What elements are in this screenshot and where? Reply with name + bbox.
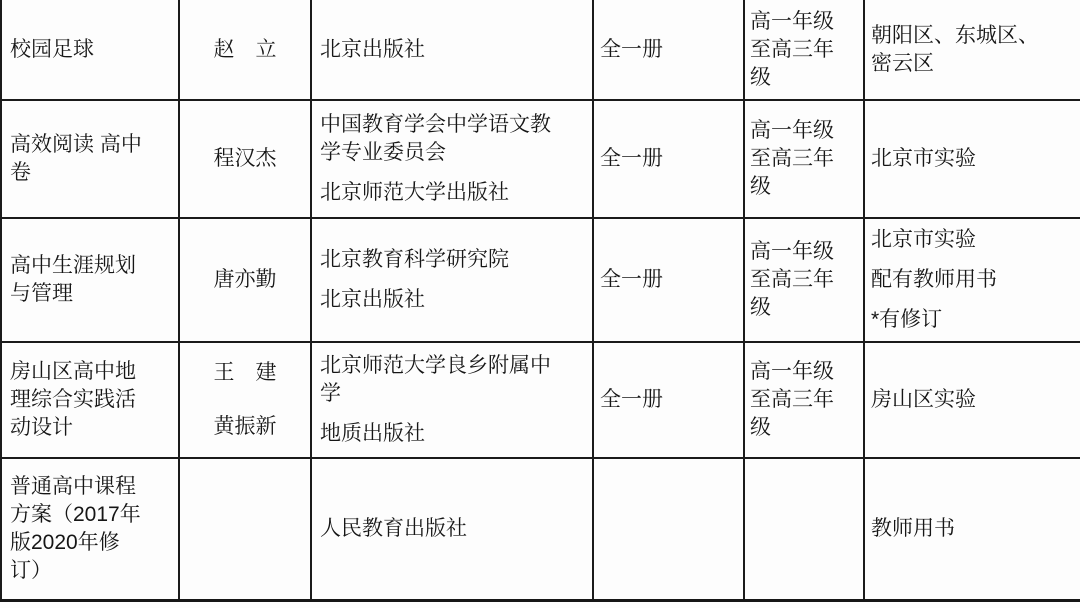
- paragraph: 黄振新: [188, 413, 302, 441]
- cell-author: 程汉杰: [179, 100, 311, 218]
- grade-range-text: 高一年级 至高三年 级: [750, 238, 860, 322]
- paragraph: 北京师范大学出版社: [320, 179, 584, 207]
- author-text: 程汉杰: [188, 145, 302, 173]
- table-row: 普通高中课程 方案（2017年 版2020年修 订） 人民教育出版社 教师用书: [1, 458, 1080, 600]
- table-row: 高效阅读 高中 卷 程汉杰 中国教育学会中学语文教 学专业委员会北京师范大学出版…: [1, 100, 1080, 218]
- cell-book-title: 校园足球: [1, 0, 179, 100]
- publisher-text: 北京出版社: [320, 36, 584, 64]
- paragraph: 北京出版社: [320, 286, 584, 314]
- textbook-table: 校园足球 赵 立 北京出版社 全一册 高一年级 至高三年 级 朝阳区、东城区、 …: [0, 0, 1080, 602]
- paragraph: 配有教师用书: [871, 266, 1076, 294]
- paragraph: 北京市实验: [871, 226, 1076, 254]
- table-row: 房山区高中地 理综合实践活 动设计 王 建黄振新 北京师范大学良乡附属中 学地质…: [1, 342, 1080, 458]
- cell-author: 赵 立: [179, 0, 311, 100]
- publisher-text: 北京教育科学研究院北京出版社: [320, 246, 584, 314]
- cell-book-title: 普通高中课程 方案（2017年 版2020年修 订）: [1, 458, 179, 600]
- table-row: 校园足球 赵 立 北京出版社 全一册 高一年级 至高三年 级 朝阳区、东城区、 …: [1, 0, 1080, 100]
- volume-text: 全一册: [600, 36, 735, 64]
- paragraph: 唐亦勤: [188, 266, 302, 294]
- table-row: 高中生涯规划 与管理 唐亦勤 北京教育科学研究院北京出版社 全一册 高一年级 至…: [1, 218, 1080, 342]
- region-text: 朝阳区、东城区、 密云区: [871, 22, 1076, 78]
- publisher-text: 人民教育出版社: [320, 515, 584, 543]
- cell-book-title: 高效阅读 高中 卷: [1, 100, 179, 218]
- cell-grade-range: 高一年级 至高三年 级: [744, 342, 864, 458]
- paragraph: 房山区实验: [871, 386, 1076, 414]
- region-text: 北京市实验配有教师用书*有修订: [871, 226, 1076, 334]
- publisher-text: 北京师范大学良乡附属中 学地质出版社: [320, 352, 584, 448]
- cell-region: 房山区实验: [864, 342, 1080, 458]
- publisher-text: 中国教育学会中学语文教 学专业委员会北京师范大学出版社: [320, 111, 584, 207]
- cell-region: 朝阳区、东城区、 密云区: [864, 0, 1080, 100]
- book-title-text: 高效阅读 高中 卷: [10, 131, 170, 187]
- cell-grade-range: 高一年级 至高三年 级: [744, 100, 864, 218]
- paragraph: 朝阳区、东城区、 密云区: [871, 22, 1076, 78]
- paragraph: 人民教育出版社: [320, 515, 584, 543]
- cell-publisher: 中国教育学会中学语文教 学专业委员会北京师范大学出版社: [311, 100, 593, 218]
- cell-publisher: 北京师范大学良乡附属中 学地质出版社: [311, 342, 593, 458]
- cell-region: 北京市实验配有教师用书*有修订: [864, 218, 1080, 342]
- cell-grade-range: 高一年级 至高三年 级: [744, 218, 864, 342]
- cell-grade-range: 高一年级 至高三年 级: [744, 0, 864, 100]
- cell-author: 王 建黄振新: [179, 342, 311, 458]
- cell-author: [179, 458, 311, 600]
- cell-region: 北京市实验: [864, 100, 1080, 218]
- paragraph: 赵 立: [188, 36, 302, 64]
- grade-range-text: 高一年级 至高三年 级: [750, 358, 860, 442]
- cell-publisher: 北京出版社: [311, 0, 593, 100]
- book-title-text: 房山区高中地 理综合实践活 动设计: [10, 358, 170, 442]
- book-title-text: 高中生涯规划 与管理: [10, 252, 170, 308]
- cell-volume: 全一册: [593, 100, 744, 218]
- cell-volume: 全一册: [593, 342, 744, 458]
- cell-publisher: 人民教育出版社: [311, 458, 593, 600]
- cell-author: 唐亦勤: [179, 218, 311, 342]
- paragraph: 王 建: [188, 359, 302, 387]
- volume-text: 全一册: [600, 145, 735, 173]
- cell-book-title: 房山区高中地 理综合实践活 动设计: [1, 342, 179, 458]
- cell-volume: 全一册: [593, 218, 744, 342]
- paragraph: 北京教育科学研究院: [320, 246, 584, 274]
- cell-volume: [593, 458, 744, 600]
- cell-book-title: 高中生涯规划 与管理: [1, 218, 179, 342]
- paragraph: 北京出版社: [320, 36, 584, 64]
- cell-volume: 全一册: [593, 0, 744, 100]
- region-text: 北京市实验: [871, 145, 1076, 173]
- cell-publisher: 北京教育科学研究院北京出版社: [311, 218, 593, 342]
- cell-grade-range: [744, 458, 864, 600]
- author-text: 王 建黄振新: [188, 359, 302, 441]
- volume-text: 全一册: [600, 386, 735, 414]
- author-text: 唐亦勤: [188, 266, 302, 294]
- paragraph: 北京市实验: [871, 145, 1076, 173]
- paragraph: 教师用书: [871, 515, 1076, 543]
- paragraph: 中国教育学会中学语文教 学专业委员会: [320, 111, 584, 167]
- paragraph: *有修订: [871, 306, 1076, 334]
- region-text: 房山区实验: [871, 386, 1076, 414]
- paragraph: 地质出版社: [320, 420, 584, 448]
- paragraph: 北京师范大学良乡附属中 学: [320, 352, 584, 408]
- cell-region: 教师用书: [864, 458, 1080, 600]
- book-title-text: 校园足球: [10, 36, 170, 64]
- grade-range-text: 高一年级 至高三年 级: [750, 117, 860, 201]
- region-text: 教师用书: [871, 515, 1076, 543]
- grade-range-text: 高一年级 至高三年 级: [750, 8, 860, 92]
- volume-text: 全一册: [600, 266, 735, 294]
- book-title-text: 普通高中课程 方案（2017年 版2020年修 订）: [10, 473, 170, 585]
- author-text: 赵 立: [188, 36, 302, 64]
- paragraph: 程汉杰: [188, 145, 302, 173]
